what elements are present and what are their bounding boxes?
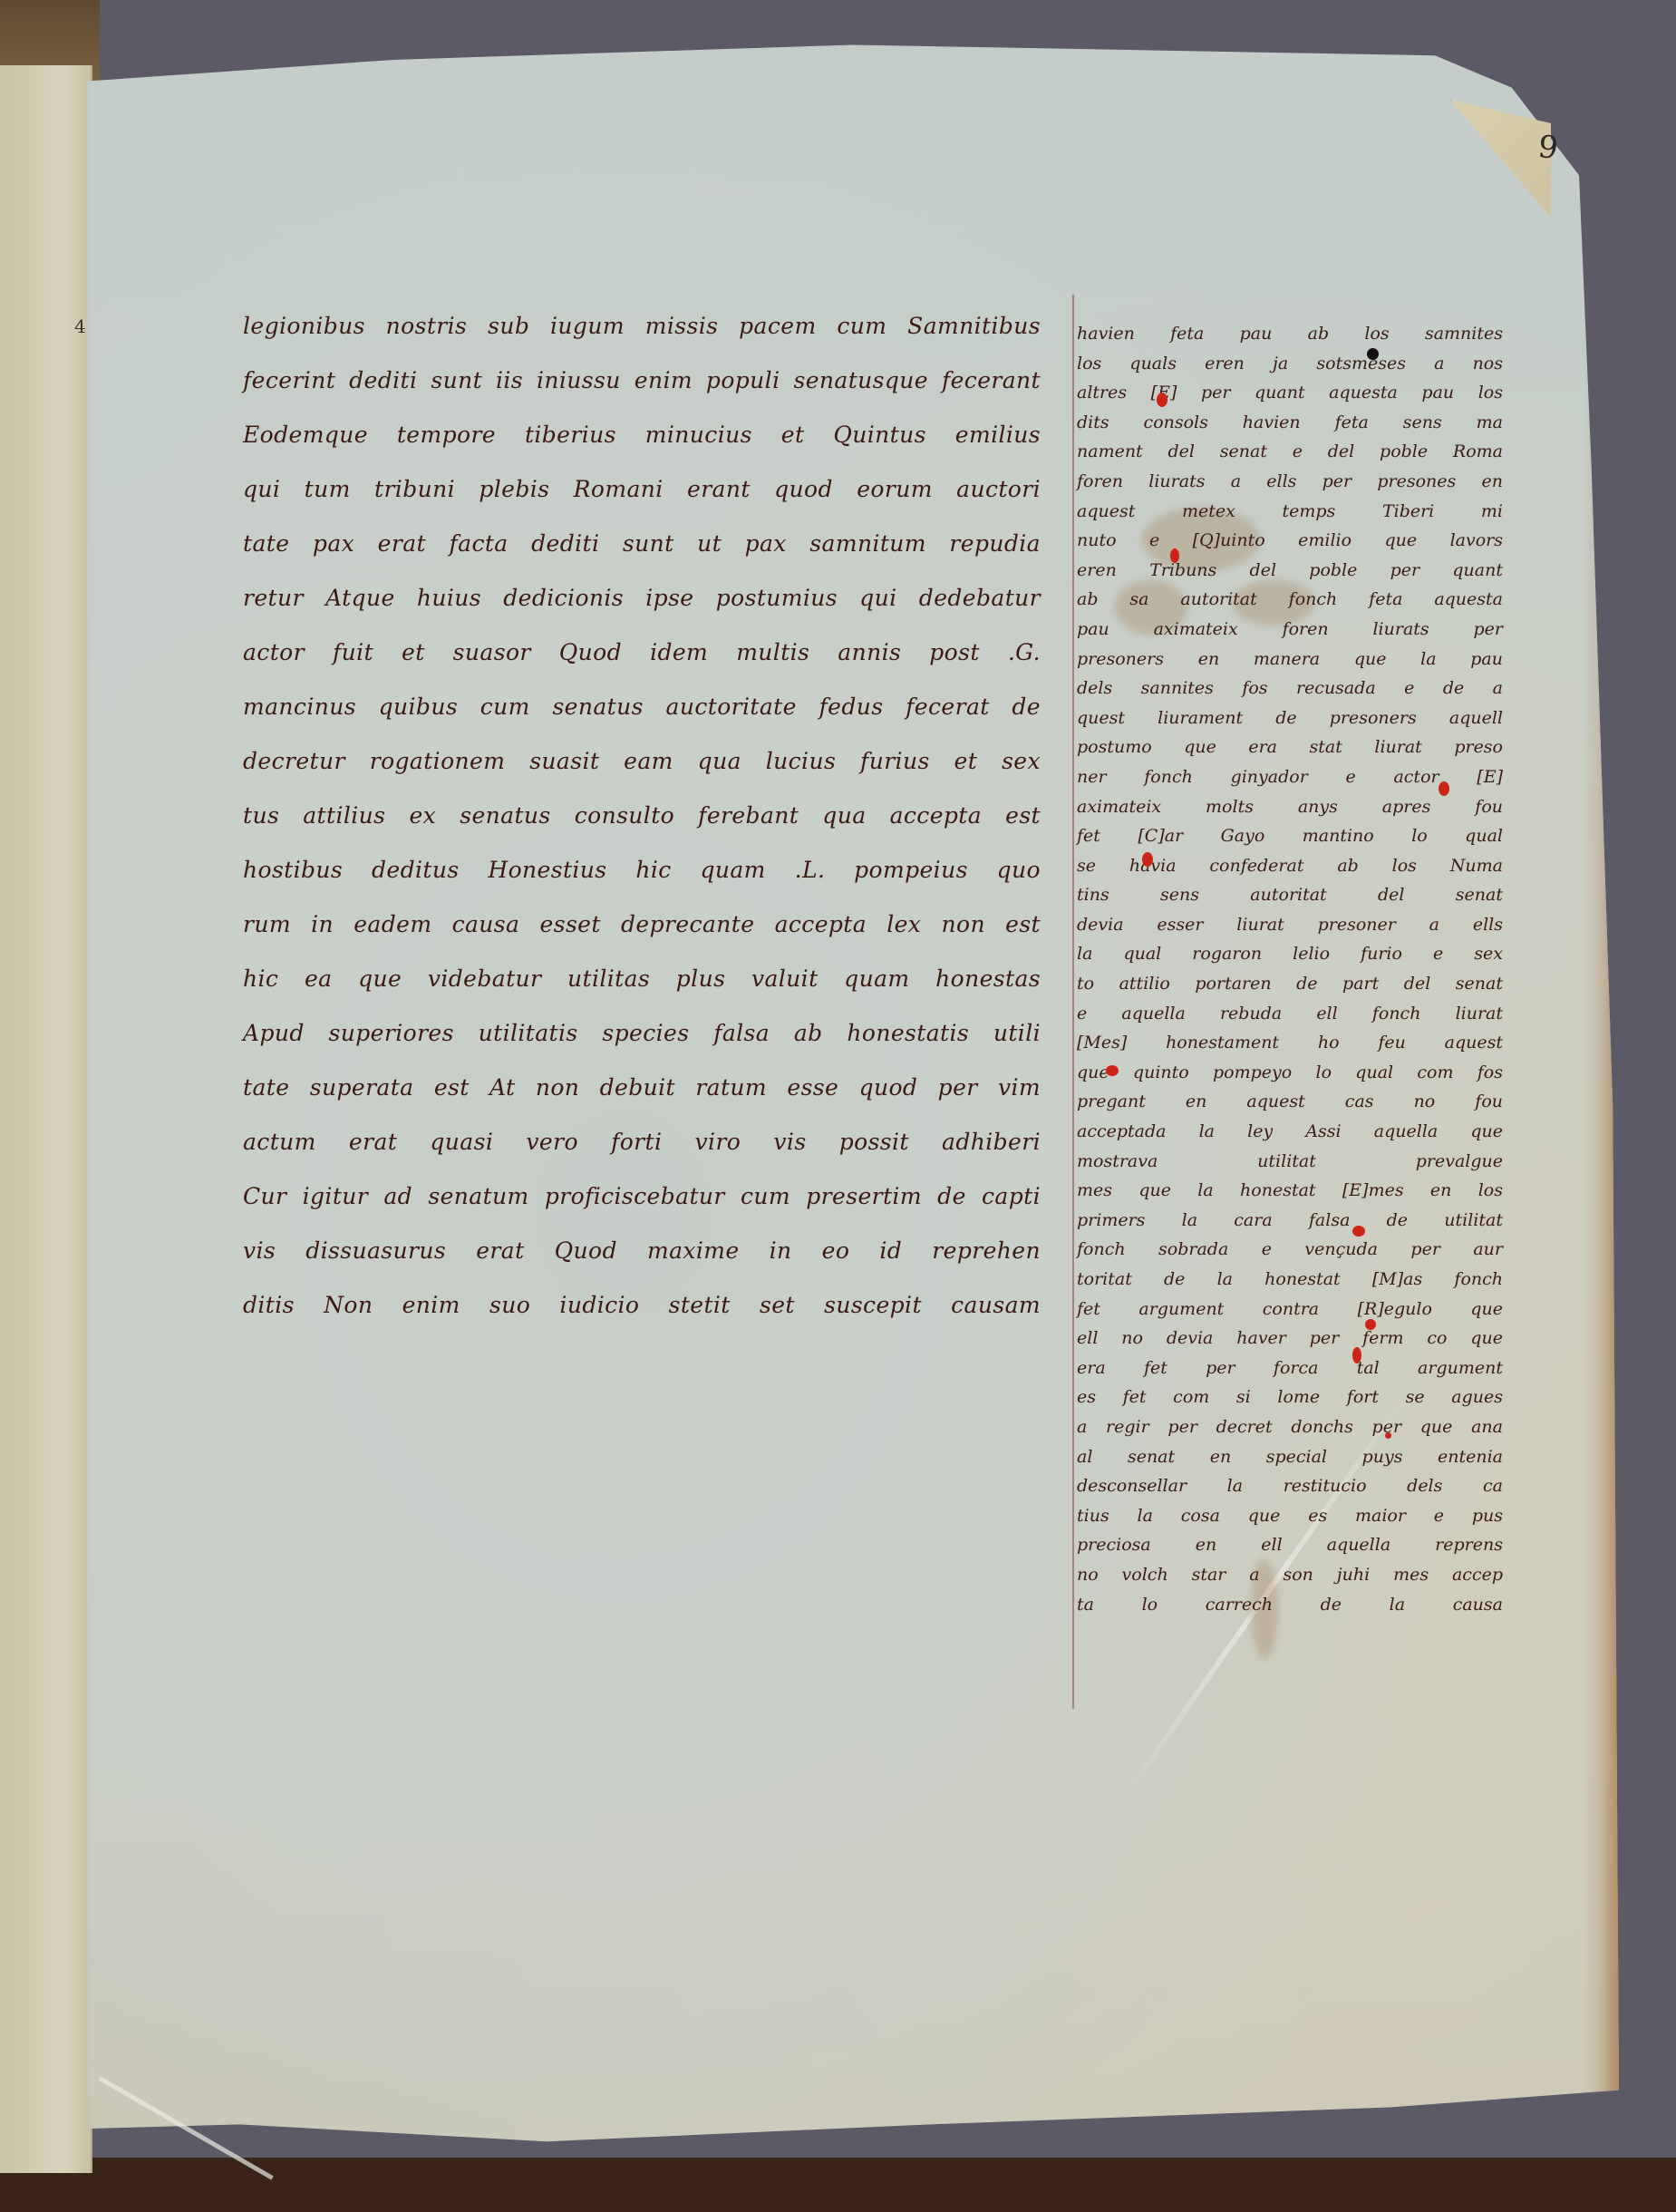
- gloss-line: eren Tribuns del poble per quant: [1077, 556, 1503, 586]
- gloss-line: aximateix molts anys apres fou: [1077, 792, 1503, 822]
- gloss-line: preciosa en ell aquella reprens: [1077, 1530, 1503, 1560]
- text-line: tate pax erat facta dediti sunt ut pax s…: [243, 517, 1041, 571]
- text-line: decretur rogationem suasit eam qua luciu…: [243, 734, 1041, 789]
- text-line: hic ea que videbatur utilitas plus valui…: [243, 952, 1041, 1006]
- text-line: qui tum tribuni plebis Romani erant quod…: [243, 462, 1041, 517]
- text-line: vis dissuasurus erat Quod maxime in eo i…: [243, 1224, 1041, 1278]
- text-line: retur Atque huius dedicionis ipse postum…: [243, 571, 1041, 626]
- gloss-line: es fet com si lome fort se agues: [1077, 1382, 1503, 1412]
- rubric-mark: [1170, 548, 1179, 563]
- ruling-line: [1072, 295, 1074, 1709]
- rubric-mark: [1352, 1226, 1365, 1237]
- text-line: tus attilius ex senatus consulto fereban…: [243, 789, 1041, 843]
- text-line: Eodemque tempore tiberius minucius et Qu…: [243, 408, 1041, 462]
- gloss-line: mes que la honestat [E]mes en los: [1077, 1176, 1503, 1206]
- gloss-line: fet argument contra [R]egulo que: [1077, 1295, 1503, 1324]
- gloss-line: to attilio portaren de part del senat: [1077, 969, 1503, 999]
- gloss-line: nament del senat e del poble Roma: [1077, 437, 1503, 467]
- gloss-line: havien feta pau ab los samnites: [1077, 319, 1503, 349]
- rubric-mark: [1385, 1432, 1391, 1439]
- gloss-line: tins sens autoritat del senat: [1077, 880, 1503, 910]
- gutter-mark: 4: [74, 315, 86, 337]
- gloss-line: acceptada la ley Assi aquella que: [1077, 1117, 1503, 1147]
- gloss-line: nuto e [Q]uinto emilio que lavors: [1077, 526, 1503, 556]
- text-line: legionibus nostris sub iugum missis pace…: [243, 299, 1041, 354]
- gloss-line: pregant en aquest cas no fou: [1077, 1087, 1503, 1117]
- gloss-line: se havia confederat ab los Numa: [1077, 851, 1503, 881]
- gloss-line: foren liurats a ells per presones en: [1077, 467, 1503, 497]
- gloss-line: dels sannites fos recusada e de a: [1077, 674, 1503, 703]
- gloss-line: ab sa autoritat fonch feta aquesta: [1077, 585, 1503, 615]
- main-latin-column: legionibus nostris sub iugum missis pace…: [243, 299, 1041, 1333]
- text-line: Apud superiores utilitatis species falsa…: [243, 1006, 1041, 1061]
- text-line: ditis Non enim suo iudicio stetit set su…: [243, 1278, 1041, 1333]
- gloss-line: la qual rogaron lelio furio e sex: [1077, 939, 1503, 969]
- rubric-mark: [1142, 852, 1153, 867]
- text-line: Cur igitur ad senatum proficiscebatur cu…: [243, 1169, 1041, 1224]
- gloss-line: [Mes] honestament ho feu aquest: [1077, 1028, 1503, 1058]
- rubric-mark: [1439, 781, 1449, 796]
- gloss-line: e aquella rebuda ell fonch liurat: [1077, 999, 1503, 1029]
- gloss-line: dits consols havien feta sens ma: [1077, 408, 1503, 438]
- text-line: rum in eadem causa esset deprecante acce…: [243, 897, 1041, 952]
- text-line: tate superata est At non debuit ratum es…: [243, 1061, 1041, 1115]
- rubric-mark: [1352, 1347, 1361, 1363]
- gloss-line: presoners en manera que la pau: [1077, 645, 1503, 674]
- rubric-mark: [1157, 393, 1167, 407]
- text-line: hostibus deditus Honestius hic quam .L. …: [243, 843, 1041, 897]
- gloss-line: primers la cara falsa de utilitat: [1077, 1206, 1503, 1236]
- text-line: actor fuit et suasor Quod idem multis an…: [243, 626, 1041, 680]
- gloss-line: tius la cosa que es maior e pus: [1077, 1501, 1503, 1531]
- gloss-line: era fet per forca tal argument: [1077, 1353, 1503, 1383]
- gloss-line: fonch sobrada e vençuda per aur: [1077, 1235, 1503, 1265]
- gloss-line: desconsellar la restitucio dels ca: [1077, 1471, 1503, 1501]
- burned-edge: [1583, 36, 1619, 2176]
- gloss-line: que quinto pompeyo lo qual com fos: [1077, 1058, 1503, 1088]
- gloss-line: devia esser liurat presoner a ells: [1077, 910, 1503, 940]
- text-line: mancinus quibus cum senatus auctoritate …: [243, 680, 1041, 734]
- rubric-mark: [1365, 1319, 1376, 1330]
- text-line: actum erat quasi vero forti viro vis pos…: [243, 1115, 1041, 1169]
- gloss-line: quest liurament de presoners aquell: [1077, 703, 1503, 733]
- ink-blot: [1367, 348, 1379, 360]
- gloss-line: ell no devia haver per ferm co que: [1077, 1324, 1503, 1353]
- gloss-line: fet [C]ar Gayo mantino lo qual: [1077, 821, 1503, 851]
- gloss-line: altres [E] per quant aquesta pau los: [1077, 378, 1503, 408]
- gloss-line: aquest metex temps Tiberi mi: [1077, 497, 1503, 527]
- facing-page-edge: [0, 65, 92, 2173]
- catalan-gloss-column: havien feta pau ab los samnites los qual…: [1077, 319, 1503, 1619]
- gloss-line: mostrava utilitat prevalgue: [1077, 1147, 1503, 1177]
- gloss-line: toritat de la honestat [M]as fonch: [1077, 1265, 1503, 1295]
- gloss-line: ta lo carrech de la causa: [1077, 1590, 1503, 1620]
- gloss-line: los quals eren ja sotsmeses a nos: [1077, 349, 1503, 379]
- gloss-line: a regir per decret donchs per que ana: [1077, 1412, 1503, 1442]
- gloss-line: pau aximateix foren liurats per: [1077, 615, 1503, 645]
- gloss-line: al senat en special puys entenia: [1077, 1442, 1503, 1472]
- gloss-line: no volch star a son juhi mes accep: [1077, 1560, 1503, 1590]
- text-line: fecerint dediti sunt iis iniussu enim po…: [243, 354, 1041, 408]
- gloss-line: postumo que era stat liurat preso: [1077, 732, 1503, 762]
- rubric-mark: [1106, 1065, 1119, 1076]
